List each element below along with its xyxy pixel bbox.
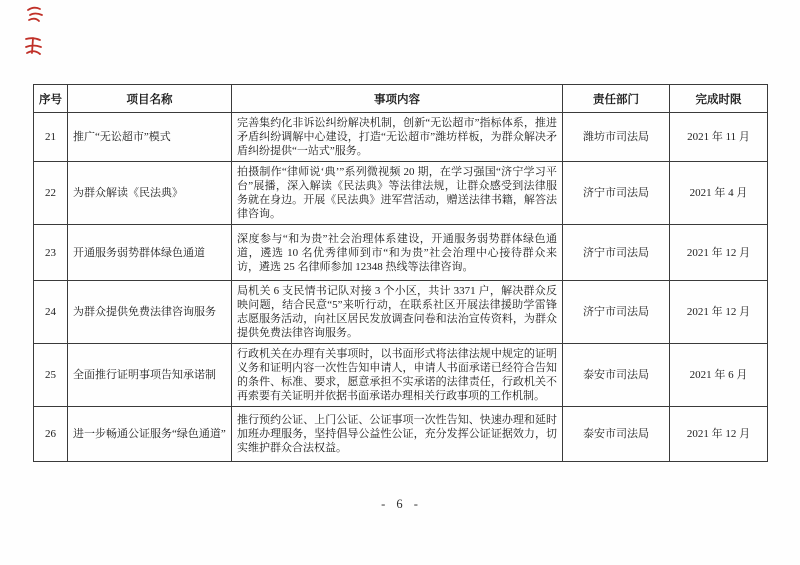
- table-row: 24 为群众提供免费法律咨询服务 局机关 6 支民情书记队对接 3 个小区，共计…: [34, 281, 768, 344]
- deadline-cell: 2021 年 12 月: [670, 407, 768, 462]
- table-header-row: 序号 项目名称 事项内容 责任部门 完成时限: [34, 85, 768, 113]
- deadline-cell: 2021 年 12 月: [670, 281, 768, 344]
- content-cell: 推行预约公证、上门公证、公证事项一次性告知、快速办理和延时加班办理服务，坚持倡导…: [232, 407, 563, 462]
- red-ink-mark-icon: [21, 34, 45, 58]
- project-name-cell: 开通服务弱势群体绿色通道: [68, 225, 232, 281]
- department-cell: 济宁市司法局: [563, 281, 670, 344]
- row-number-cell: 26: [34, 407, 68, 462]
- table-row: 26 进一步畅通公证服务“绿色通道” 推行预约公证、上门公证、公证事项一次性告知…: [34, 407, 768, 462]
- row-number-cell: 25: [34, 344, 68, 407]
- table-row: 23 开通服务弱势群体绿色通道 深度参与“和为贵”社会治理体系建设，开通服务弱势…: [34, 225, 768, 281]
- content-cell: 行政机关在办理有关事项时，以书面形式将法律法规中规定的证明义务和证明内容一次性告…: [232, 344, 563, 407]
- deadline-cell: 2021 年 6 月: [670, 344, 768, 407]
- col-header-project: 项目名称: [68, 85, 232, 113]
- table-row: 21 推广“无讼超市”模式 完善集约化非诉讼纠纷解决机制，创新“无讼超市”指标体…: [34, 113, 768, 162]
- row-number-cell: 23: [34, 225, 68, 281]
- department-cell: 济宁市司法局: [563, 162, 670, 225]
- col-header-deadline: 完成时限: [670, 85, 768, 113]
- row-number-cell: 22: [34, 162, 68, 225]
- project-name-cell: 为群众解读《民法典》: [68, 162, 232, 225]
- content-cell: 局机关 6 支民情书记队对接 3 个小区，共计 3371 户，解决群众反映问题，…: [232, 281, 563, 344]
- table-row: 22 为群众解读《民法典》 拍摄制作“律师说‘典’”系列微视频 20 期，在学习…: [34, 162, 768, 225]
- deadline-cell: 2021 年 4 月: [670, 162, 768, 225]
- red-ink-mark-icon: [24, 4, 46, 26]
- deadline-cell: 2021 年 11 月: [670, 113, 768, 162]
- document-page: 序号 项目名称 事项内容 责任部门 完成时限 21 推广“无讼超市”模式 完善集…: [0, 0, 800, 565]
- project-name-cell: 进一步畅通公证服务“绿色通道”: [68, 407, 232, 462]
- project-name-cell: 推广“无讼超市”模式: [68, 113, 232, 162]
- projects-table: 序号 项目名称 事项内容 责任部门 完成时限 21 推广“无讼超市”模式 完善集…: [33, 84, 768, 462]
- department-cell: 潍坊市司法局: [563, 113, 670, 162]
- page-number: - 6 -: [0, 497, 800, 512]
- table-row: 25 全面推行证明事项告知承诺制 行政机关在办理有关事项时，以书面形式将法律法规…: [34, 344, 768, 407]
- content-cell: 拍摄制作“律师说‘典’”系列微视频 20 期，在学习强国“济宁学习平台”展播，深…: [232, 162, 563, 225]
- deadline-cell: 2021 年 12 月: [670, 225, 768, 281]
- content-cell: 完善集约化非诉讼纠纷解决机制，创新“无讼超市”指标体系，推进矛盾纠纷调解中心建设…: [232, 113, 563, 162]
- project-name-cell: 全面推行证明事项告知承诺制: [68, 344, 232, 407]
- col-header-number: 序号: [34, 85, 68, 113]
- content-cell: 深度参与“和为贵”社会治理体系建设，开通服务弱势群体绿色通道，遴选 10 名优秀…: [232, 225, 563, 281]
- row-number-cell: 21: [34, 113, 68, 162]
- row-number-cell: 24: [34, 281, 68, 344]
- department-cell: 济宁市司法局: [563, 225, 670, 281]
- project-name-cell: 为群众提供免费法律咨询服务: [68, 281, 232, 344]
- col-header-department: 责任部门: [563, 85, 670, 113]
- col-header-content: 事项内容: [232, 85, 563, 113]
- department-cell: 泰安市司法局: [563, 344, 670, 407]
- department-cell: 泰安市司法局: [563, 407, 670, 462]
